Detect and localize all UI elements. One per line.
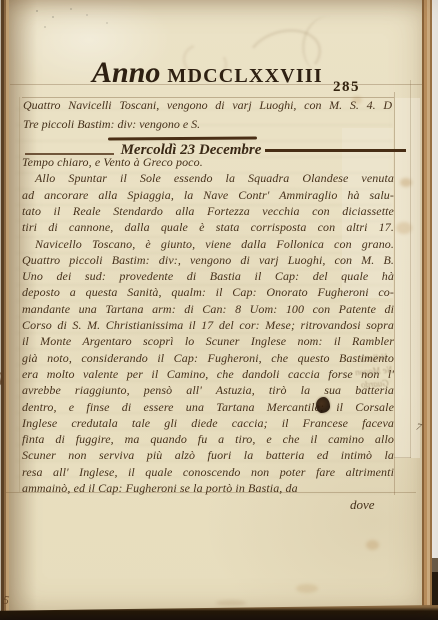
background-sliver [432, 0, 438, 620]
year-heading-numerals: MDCCLXXVIII [167, 66, 322, 86]
catchword: dove [350, 498, 375, 512]
mold-speckles [36, 10, 38, 12]
manuscript-line: ad ancorare alla Spiaggia, la Nave Contr… [22, 187, 394, 203]
paper-light-patch [395, 98, 420, 458]
year-heading: Anno MDCCLXXVIII [92, 58, 323, 88]
margin-rule-right-outer [410, 80, 411, 458]
book-binding-edge [0, 0, 9, 620]
manuscript-line: dentro, e finse di essere una Tartana Me… [22, 399, 394, 415]
summary-line: Quattro Navicelli Toscani, vengono di va… [23, 98, 392, 113]
margin-rule-left [19, 97, 20, 492]
manuscript-line: avrebbe riaggiunto, pensò all' Astuzia, … [22, 382, 394, 398]
margin-rule-right-inner [394, 92, 395, 495]
foxing-stain [216, 600, 246, 606]
page-block-edges [422, 0, 432, 612]
manuscript-line: Uno dei sud: provedente di Bastia il Cap… [22, 268, 394, 284]
manuscript-line: Corso di S. M. Christianissima il 17 del… [22, 317, 394, 333]
manuscript-line: Allo Spuntar il Sole essendo la Squadra … [22, 170, 394, 186]
manuscript-line: era molto valente per il Camino, che dan… [22, 366, 394, 382]
year-heading-word: Anno [92, 58, 160, 88]
manuscript-line: finta di fuggire, ma quando fu a tiro, e… [22, 431, 394, 447]
manuscript-line: Scuner non serviva più alzò fuori la bat… [22, 447, 394, 463]
manuscript-line: tato il Reale Stendardo alla Fortezza ve… [22, 203, 394, 219]
date-rule-right [265, 149, 406, 152]
summary-line: Tre piccoli Bastim: div: vengono e S. [23, 117, 392, 132]
manuscript-line: tiri di cannone, dalla quale è stata cor… [22, 219, 394, 235]
manuscript-line: Tempo chiaro, e Vento à Greco poco. [22, 154, 394, 170]
frame-rule-tick [394, 457, 411, 458]
manuscript-line: deposto a questa Sanità, qualm: il Cap: … [22, 284, 394, 300]
ink-blot [316, 397, 330, 413]
manuscript-line: ammainò, ed il Cap: Fugheroni se la port… [22, 480, 360, 496]
manuscript-line: Navicello Toscano, è giunto, viene dalla… [22, 236, 394, 252]
manuscript-photo: Anno MDCCLXXVIII 285 Quattro Navicelli T… [0, 0, 438, 620]
manuscript-line: Quattro piccoli Bastim: div:, vengono di… [22, 252, 394, 268]
manuscript-line: Inglese credutala tale gli diede caccia;… [22, 415, 394, 431]
foxing-stain [296, 584, 318, 593]
manuscript-line: resa all' Inglese, il quale conoscendo n… [22, 464, 394, 480]
manuscript-line: già noto, considerando il Cap: Fugheroni… [22, 350, 394, 366]
foxing-stain [366, 540, 379, 550]
page-number: 285 [333, 80, 360, 95]
manuscript-line: mandante una Tartana arm: di Can: 8 Uom:… [22, 301, 394, 317]
manuscript-line: il Monte Argentaro scoprì lo Scuner Ingl… [22, 333, 394, 349]
